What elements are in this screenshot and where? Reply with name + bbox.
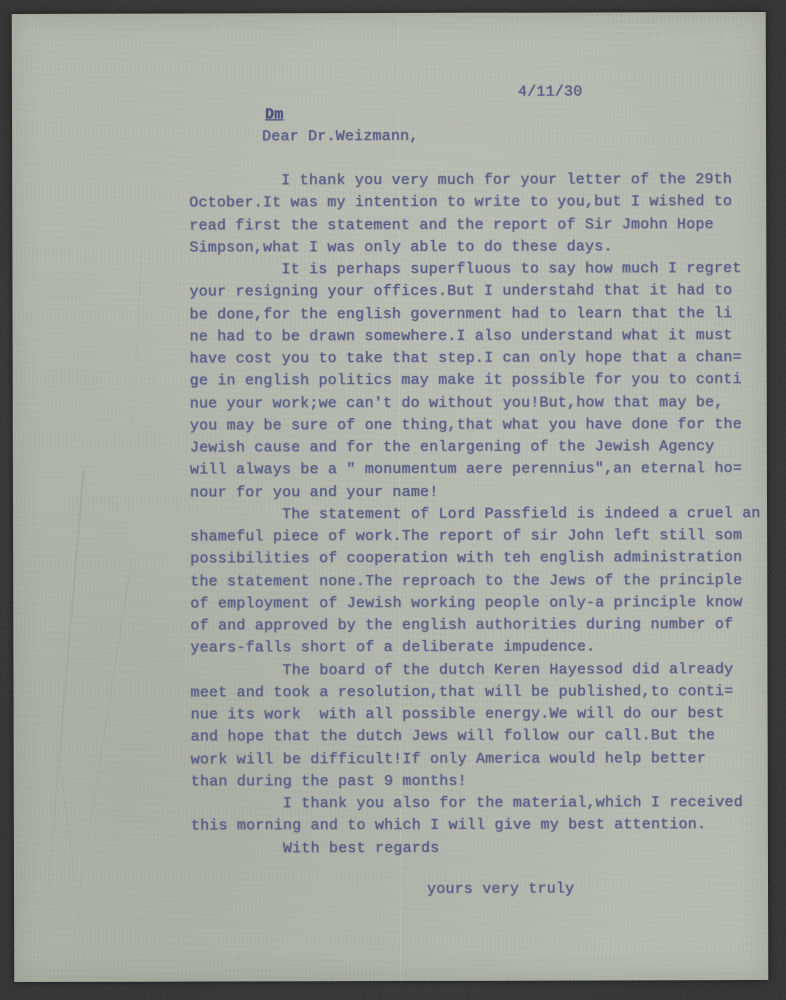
letter-line: nour for you and your name! [190,481,761,505]
letter-line: I thank you also for the material,which … [191,792,762,816]
letter-line: will always be a " monumentum aere peren… [190,458,761,482]
paper-crease [66,571,130,976]
letter-line: shameful piece of work.The report of sir… [190,525,761,549]
letter-line: Simpson,what I was only able to do these… [189,236,760,260]
letter-line: years-falls short of a deliberate impude… [190,636,761,660]
letter-line: The board of the dutch Keren Hayessod di… [190,659,761,683]
letter-line: ge in english politics may make it possi… [190,369,761,393]
letter-line: be done,for the english government had t… [189,303,760,327]
letter-line: of and approved by the english authoriti… [190,614,761,638]
letter-line: of employment of Jewish working people o… [190,592,761,616]
letter-line: meet and took a resolution,that will be … [190,681,761,705]
scan-background: 4/11/30 Dm Dear Dr.Weizmann, I thank you… [0,0,786,1000]
letter-body: I thank you very much for your letter of… [189,169,761,860]
letter-line: It is perhaps superfluous to say how muc… [189,258,760,282]
letter-line: work will be difficult!If only America w… [191,748,762,772]
letter-line: October.It was my intention to write to … [189,191,760,215]
letter-line: and hope that the dutch Jews will follow… [191,725,762,749]
letter-line: this morning and to which I will give my… [191,814,762,838]
letter-line: ne had to be drawn somewhere.I also unde… [190,325,761,349]
salutation: Dear Dr.Weizmann, [262,126,418,149]
letter-line: With best regards [191,837,762,861]
signoff: yours very truly [427,879,574,902]
letter-line: I thank you very much for your letter of… [189,169,760,193]
letter-line: Jewish cause and for the enlargening of … [190,436,761,460]
letter-line: possibilities of cooperation with teh en… [190,547,761,571]
letter-line: read first the statement and the report … [189,214,760,238]
letter-line: than during the past 9 months! [191,770,762,794]
letter-page: 4/11/30 Dm Dear Dr.Weizmann, I thank you… [12,12,769,982]
letter-date: 4/11/30 [518,81,582,103]
letter-line: you may be sure of one thing,that what y… [190,414,761,438]
letter-line: nue its work with all possible energy.We… [191,703,762,727]
letter-line: have cost you to take that step.I can on… [190,347,761,371]
letter-line: your resigning your offices.But I unders… [189,280,760,304]
paper-crease [61,775,88,983]
letter-line: The statement of Lord Passfield is indee… [190,503,761,527]
letter-line: the statement none.The reproach to the J… [190,570,761,594]
typist-reference: Dm [265,104,283,126]
letter-line: nue your work;we can't do without you!Bu… [190,392,761,416]
